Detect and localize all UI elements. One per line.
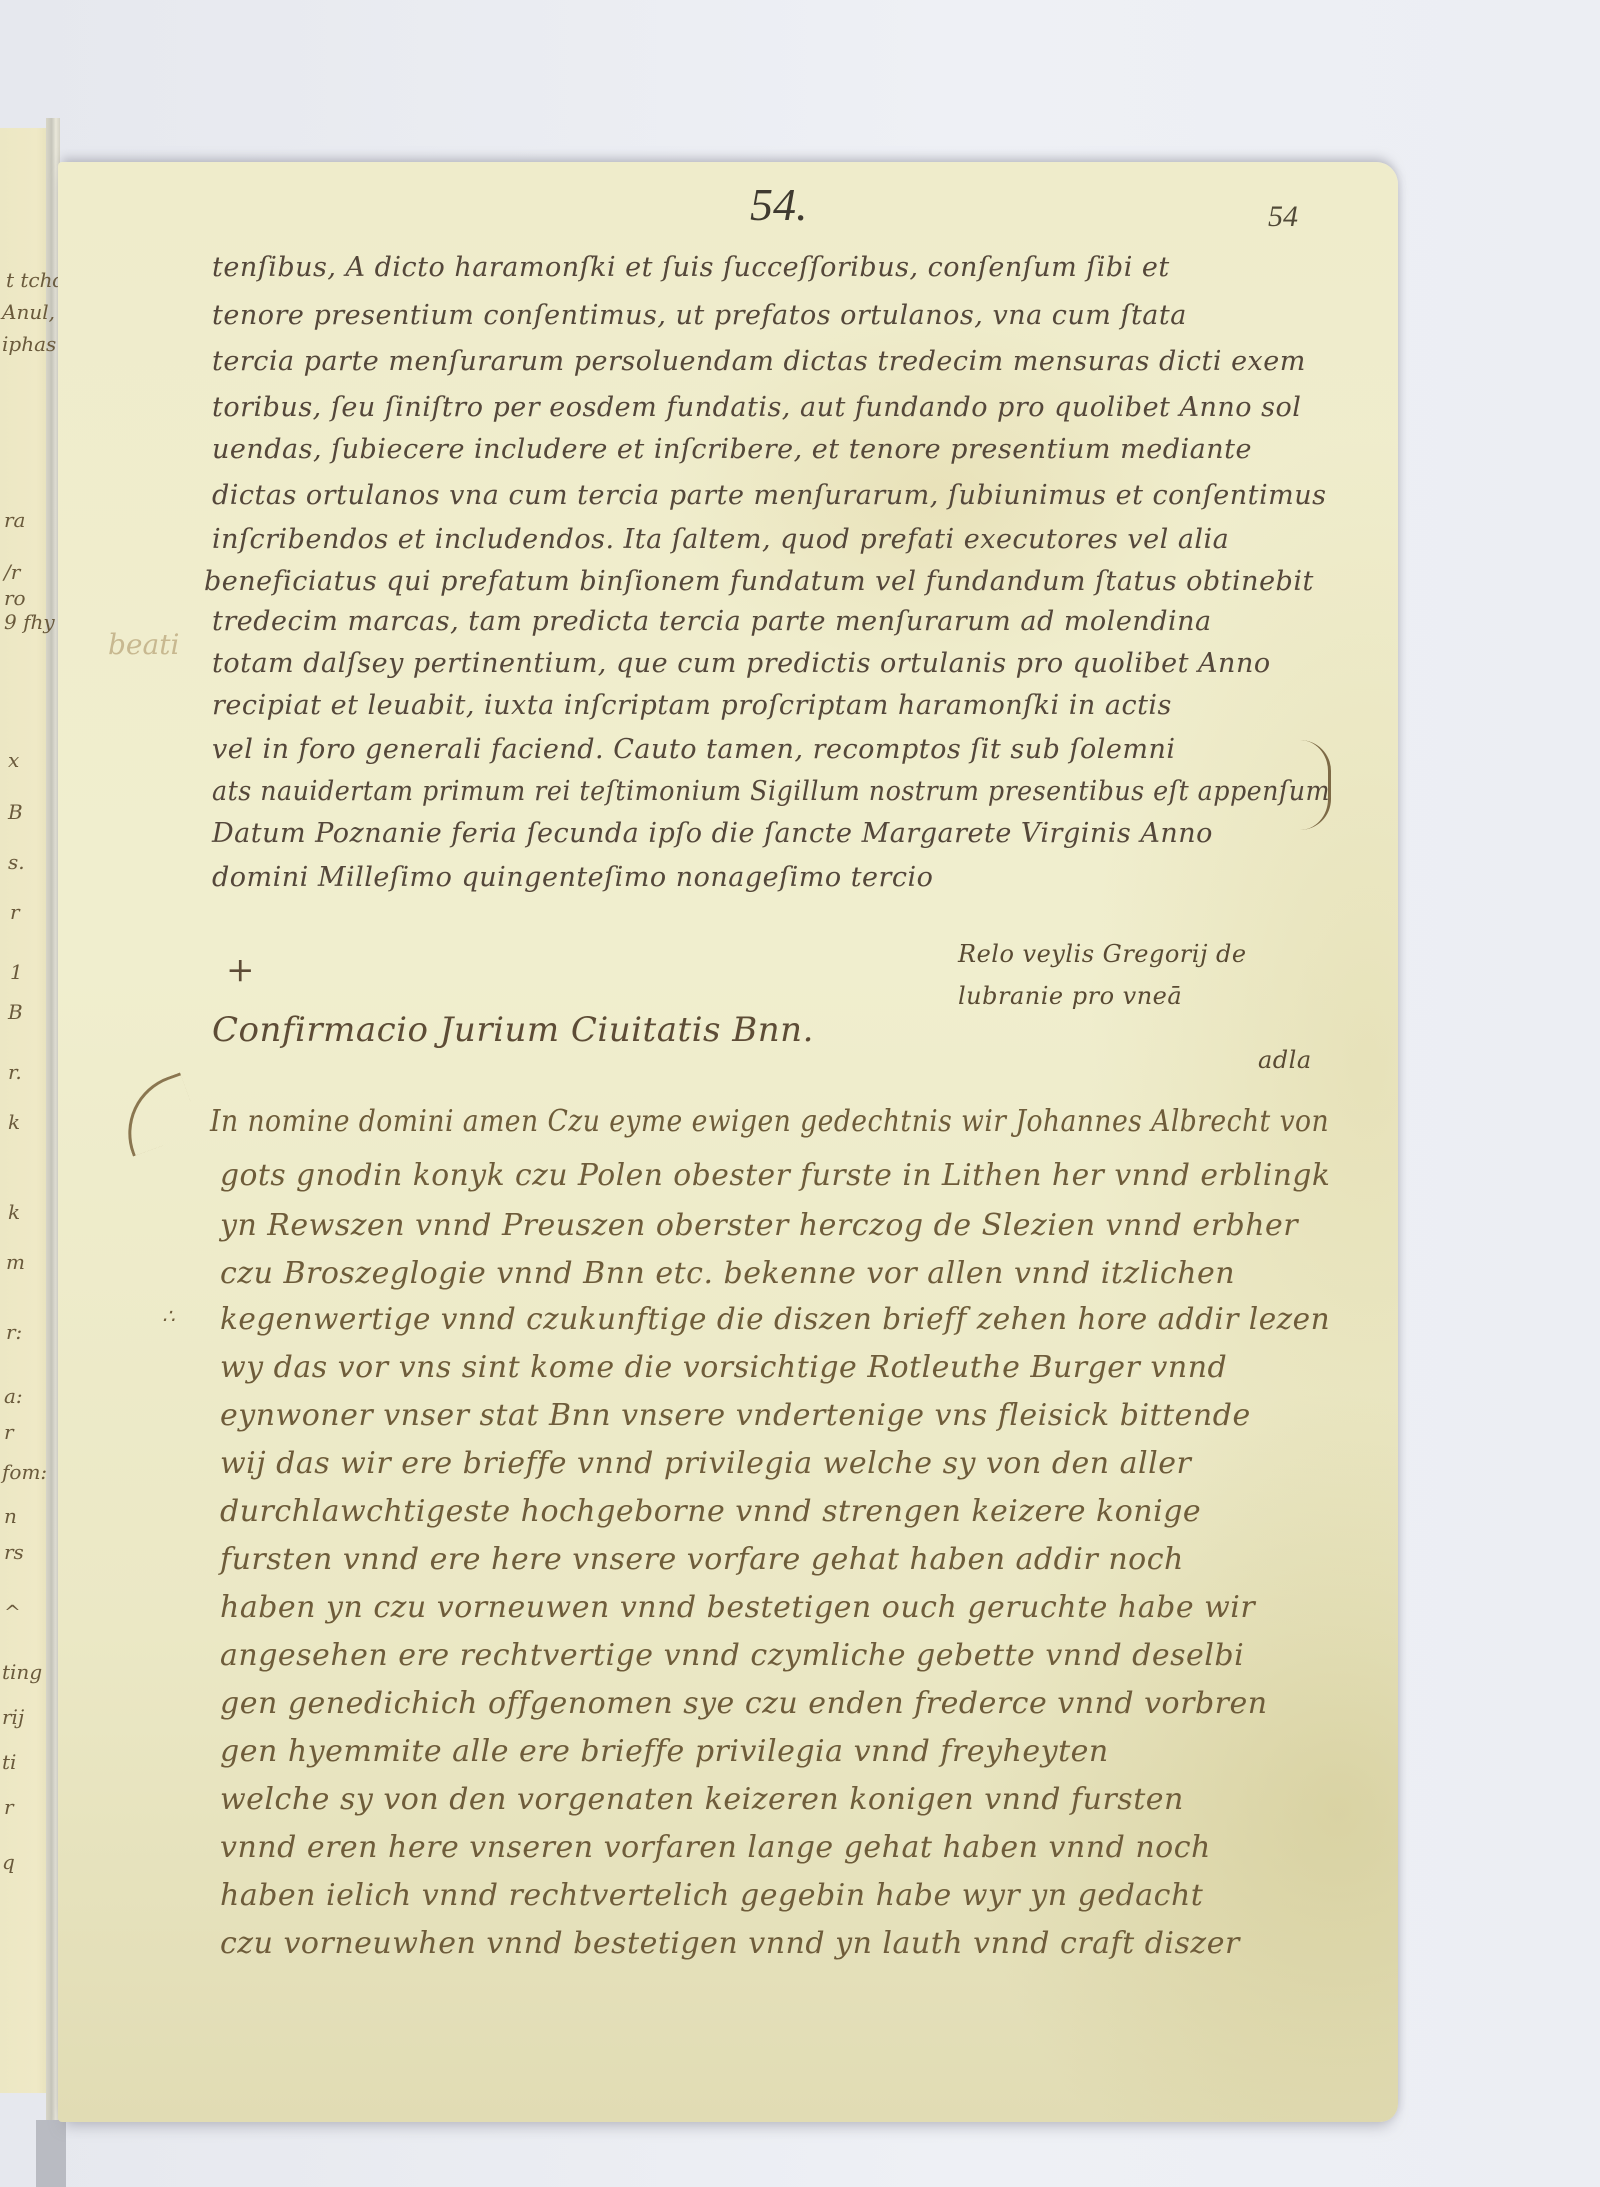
text-line: haben yn czu vorneuwen vnnd bestetigen o… bbox=[220, 1590, 1255, 1625]
text-line: gots gnodin konyk czu Polen obester furs… bbox=[220, 1158, 1330, 1193]
margin-fragment: t tchd bbox=[6, 268, 65, 292]
text-line: vnnd eren here vnseren vorfaren lange ge… bbox=[220, 1830, 1211, 1865]
margin-fragment: s. bbox=[8, 850, 25, 874]
text-line: inſcribendos et includendos. Ita ſaltem,… bbox=[212, 524, 1229, 555]
text-line: uendas, ſubiecere includere et inſcriber… bbox=[212, 434, 1252, 465]
text-line: wy das vor vns sint kome die vorsichtige… bbox=[220, 1350, 1227, 1385]
text-line: totam dalſsey pertinentium, que cum pred… bbox=[212, 648, 1271, 679]
text-line: czu Broszeglogie vnnd Bnn etc. bekenne v… bbox=[220, 1256, 1235, 1291]
text-line: czu vorneuwhen vnnd bestetigen vnnd yn l… bbox=[220, 1926, 1240, 1961]
margin-fragment: rs bbox=[4, 1540, 24, 1564]
text-line: tenſibus, A dicto haramonſki et ſuis ſuc… bbox=[212, 252, 1170, 283]
margin-fragment: r bbox=[10, 900, 20, 924]
text-line: yn Rewszen vnnd Preuszen oberster herczo… bbox=[220, 1208, 1298, 1243]
text-line: durchlawchtigeste hochgeborne vnnd stren… bbox=[220, 1494, 1201, 1529]
cross-mark: + bbox=[226, 950, 255, 990]
text-line: dictas ortulanos vna cum tercia parte me… bbox=[212, 480, 1326, 511]
margin-fragment: /r bbox=[4, 560, 20, 584]
text-line: recipiat et leuabit, iuxta inſcriptam pr… bbox=[212, 690, 1172, 721]
margin-fragment: iphas bbox=[2, 332, 56, 356]
margin-fragment: ra bbox=[4, 508, 25, 532]
margin-fragment: B bbox=[8, 1000, 23, 1024]
margin-fragment: k bbox=[8, 1200, 20, 1224]
annotation-line: lubranie pro vneā bbox=[958, 982, 1182, 1010]
folio-number-modern: 54. bbox=[750, 178, 808, 231]
margin-fragment: r. bbox=[8, 1060, 22, 1084]
margin-fragment: k bbox=[8, 1110, 20, 1134]
text-line: gen hyemmite alle ere brieffe privilegia… bbox=[220, 1734, 1109, 1769]
margin-fragment: q bbox=[2, 1850, 15, 1874]
text-line: tredecim marcas, tam predicta tercia par… bbox=[212, 606, 1212, 637]
margin-fragment: rij bbox=[2, 1705, 24, 1729]
text-line: In nomine domini amen Czu eyme ewigen ge… bbox=[210, 1104, 1329, 1139]
margin-fragment: 9 fhy bbox=[4, 610, 55, 634]
margin-fragment: 1 bbox=[10, 960, 23, 984]
margin-fragment: B bbox=[8, 800, 23, 824]
margin-fragment: ting bbox=[2, 1660, 42, 1684]
text-line: fursten vnnd ere here vnsere vorfare geh… bbox=[220, 1542, 1184, 1577]
text-line: toribus, ſeu ſiniſtro per eosdem fundati… bbox=[212, 392, 1301, 423]
text-line: angesehen ere rechtvertige vnnd czymlich… bbox=[220, 1638, 1244, 1673]
text-line: tenore presentium conſentimus, ut prefat… bbox=[212, 300, 1187, 331]
dots-mark: ∴ bbox=[162, 1304, 175, 1328]
margin-fragment: a: bbox=[4, 1384, 23, 1408]
text-line: kegenwertige vnnd czukunftige die diszen… bbox=[220, 1302, 1330, 1337]
annotation-line: Relo veylis Gregorij de bbox=[958, 940, 1247, 968]
text-line: wij das wir ere brieffe vnnd privilegia … bbox=[220, 1446, 1191, 1481]
margin-fragment: r: bbox=[6, 1320, 22, 1344]
text-line: beneficiatus qui prefatum binſionem fund… bbox=[204, 566, 1314, 597]
margin-fragment: x bbox=[8, 748, 19, 772]
faded-margin-note: beati bbox=[108, 628, 179, 661]
text-line: haben ielich vnnd rechtvertelich gegebin… bbox=[220, 1878, 1203, 1913]
margin-fragment: ro bbox=[4, 586, 26, 610]
text-line: welche sy von den vorgenaten keizeren ko… bbox=[220, 1782, 1184, 1817]
margin-fragment: n bbox=[4, 1504, 17, 1528]
margin-fragment: ti bbox=[2, 1750, 16, 1774]
margin-fragment: r bbox=[4, 1420, 14, 1444]
text-line: tercia parte menſurarum persoluendam dic… bbox=[212, 346, 1306, 377]
text-line: Datum Poznanie feria ſecunda ipſo die ſa… bbox=[212, 818, 1213, 849]
margin-fragment: ^ bbox=[4, 1600, 21, 1624]
gutter-shadow bbox=[36, 2120, 66, 2187]
margin-fragment: fom: bbox=[2, 1460, 47, 1484]
annotation-line: adla bbox=[1258, 1046, 1312, 1074]
text-line: eynwoner vnser stat Bnn vnsere vnderteni… bbox=[220, 1398, 1251, 1433]
text-line: domini Milleſimo quingenteſimo nonageſim… bbox=[212, 862, 933, 893]
text-line: vel in foro generali faciend. Cauto tame… bbox=[212, 734, 1175, 765]
rubric-title: Confirmacio Jurium Ciuitatis Bnn. bbox=[212, 1010, 814, 1050]
text-line: gen genedichich offgenomen sye czu enden… bbox=[220, 1686, 1268, 1721]
text-line: ats nauidertam primum rei teſtimonium Si… bbox=[212, 776, 1330, 807]
margin-fragment: m bbox=[6, 1250, 25, 1274]
folio-number-original: 54 bbox=[1268, 200, 1298, 234]
margin-fragment: r bbox=[4, 1795, 14, 1819]
